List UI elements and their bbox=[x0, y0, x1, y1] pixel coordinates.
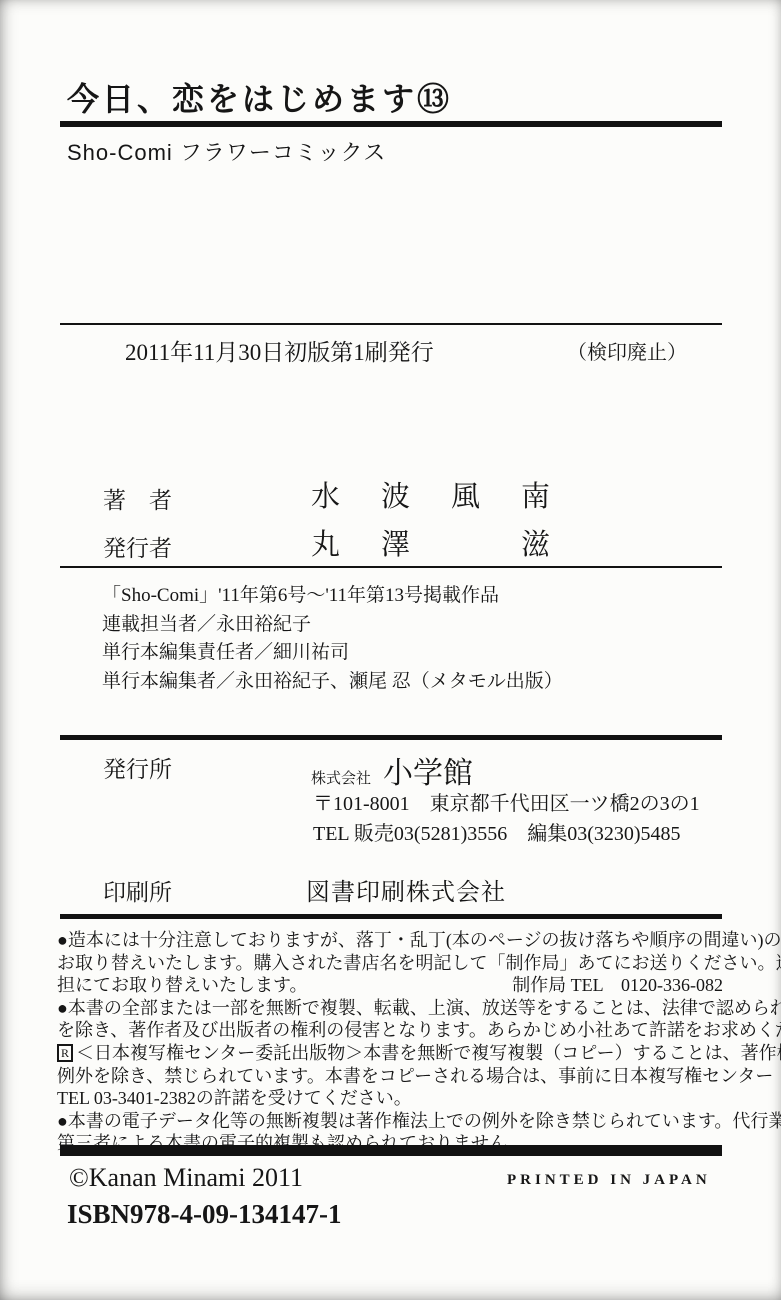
notice-line: TEL 03-3401-2382の許諾を受けてください。 bbox=[57, 1087, 723, 1110]
publisher-person-name: 丸 澤 滋 bbox=[311, 522, 556, 563]
isbn-number: ISBN978-4-09-134147-1 bbox=[67, 1199, 342, 1230]
notice-text: 例外を除き、禁じられています。本書をコピーされる場合は、事前に日本複写権センター… bbox=[57, 1066, 781, 1086]
notice-text: ●本書の電子データ化等の無断複製は著作権法上での例外を除き禁じられています。代行… bbox=[57, 1111, 781, 1131]
series-imprint-label: Sho-Comi フラワーコミックス bbox=[67, 136, 386, 167]
printed-in-japan-label: PRINTED IN JAPAN bbox=[507, 1172, 711, 1189]
publisher-phones: TEL 販売03(5281)3556 編集03(3230)5485 bbox=[313, 817, 681, 846]
publisher-label: 発行所 bbox=[103, 751, 172, 784]
printer-label: 印刷所 bbox=[103, 874, 172, 907]
notice-line: ●造本には十分注意しておりますが、落丁・乱丁(本のページの抜け落ちや順序の間違い… bbox=[57, 929, 723, 952]
edition-date-line: 2011年11月30日初版第1刷発行 bbox=[125, 334, 434, 367]
publisher-company-prefix: 株式会社 bbox=[311, 771, 371, 787]
notice-line: R＜日本複写権センター委託出版物＞本書を無断で複写複製（コピー）することは、著作… bbox=[57, 1042, 723, 1065]
notice-top-rule bbox=[60, 914, 722, 919]
notice-line: 例外を除き、禁じられています。本書をコピーされる場合は、事前に日本複写権センター… bbox=[57, 1065, 723, 1088]
inspection-abolished-note: （検印廃止） bbox=[567, 336, 687, 365]
credit-line-volume-chief-editor: 単行本編集責任者／細川祐司 bbox=[102, 639, 563, 668]
notice-text: お取り替えいたします。購入された書店名を明記して「制作局」あてにお送りください。… bbox=[57, 953, 781, 973]
notice-text: を除き、著作者及び出版者の権利の侵害となります。あらかじめ小社あて許諾をお求めく… bbox=[57, 1020, 781, 1040]
notice-line: 担にてお取り替えいたします。 制作局 TEL 0120-336-082 bbox=[57, 974, 723, 997]
notice-text: 担にてお取り替えいたします。 bbox=[57, 974, 308, 997]
book-title: 今日、恋をはじめます⑬ bbox=[67, 74, 452, 120]
serialization-credits: 「Sho-Comi」'11年第6号～'11年第13号掲載作品 連載担当者／永田裕… bbox=[102, 582, 563, 696]
production-dept-phone: 制作局 TEL 0120-336-082 bbox=[512, 974, 723, 997]
credit-line-volume-editors: 単行本編集者／永田裕紀子、瀬尾 忍（メタモル出版） bbox=[102, 668, 563, 697]
legal-notices: ●造本には十分注意しておりますが、落丁・乱丁(本のページの抜け落ちや順序の間違い… bbox=[57, 929, 723, 1155]
colophon-page: 今日、恋をはじめます⑬ Sho-Comi フラワーコミックス 2011年11月3… bbox=[0, 0, 781, 1300]
notice-line: ●本書の電子データ化等の無断複製は著作権法上での例外を除き禁じられています。代行… bbox=[57, 1110, 723, 1133]
publisher-company: 株式会社小学館 bbox=[311, 748, 473, 792]
author-name: 水 波 風 南 bbox=[311, 474, 556, 515]
notice-text: ●造本には十分注意しておりますが、落丁・乱丁(本のページの抜け落ちや順序の間違い… bbox=[57, 930, 781, 950]
printer-company-name: 図書印刷株式会社 bbox=[306, 872, 506, 907]
notice-line: ●本書の全部または一部を無断で複製、転載、上演、放送等をすることは、法律で認めら… bbox=[57, 997, 723, 1020]
edition-top-rule bbox=[60, 323, 722, 325]
notice-text: ＜日本複写権センター委託出版物＞本書を無断で複写複製（コピー）することは、著作権… bbox=[76, 1043, 781, 1063]
publisher-person-label: 発行者 bbox=[103, 530, 172, 563]
publisher-top-rule bbox=[60, 735, 722, 740]
publisher-address: 〒101-8001 東京都千代田区一ツ橋2の3の1 bbox=[313, 787, 700, 816]
notice-line: を除き、著作者及び出版者の権利の侵害となります。あらかじめ小社あて許諾をお求めく… bbox=[57, 1019, 723, 1042]
title-underline-rule bbox=[60, 121, 722, 127]
footer-top-rule bbox=[60, 1145, 722, 1156]
credit-line-serialization: 「Sho-Comi」'11年第6号～'11年第13号掲載作品 bbox=[102, 582, 563, 611]
jrrc-r-mark-icon: R bbox=[57, 1044, 73, 1062]
notice-text: ●本書の全部または一部を無断で複製、転載、上演、放送等をすることは、法律で認めら… bbox=[57, 998, 781, 1018]
notice-line: お取り替えいたします。購入された書店名を明記して「制作局」あてにお送りください。… bbox=[57, 952, 723, 975]
credits-top-rule bbox=[60, 566, 722, 568]
credit-line-serial-editor: 連載担当者／永田裕紀子 bbox=[102, 611, 563, 640]
copyright-line: ©Kanan Minami 2011 bbox=[69, 1163, 303, 1193]
publisher-company-name: 小学館 bbox=[383, 757, 473, 790]
notice-text: TEL 03-3401-2382の許諾を受けてください。 bbox=[57, 1088, 412, 1108]
author-label: 著 者 bbox=[103, 482, 172, 515]
